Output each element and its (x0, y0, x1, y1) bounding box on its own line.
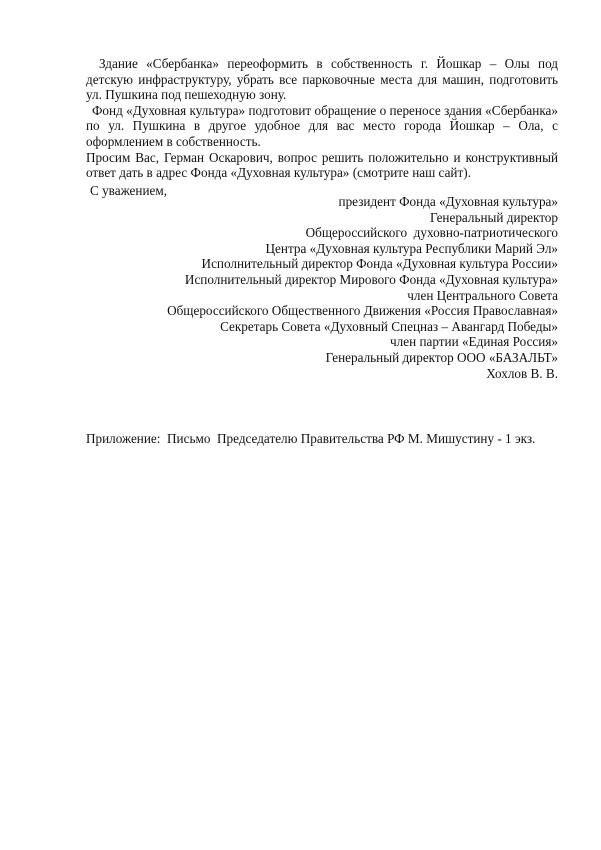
signature-line: Исполнительный директор Фонда «Духовная … (138, 256, 558, 272)
signature-line: Исполнительный директор Мирового Фонда «… (138, 272, 558, 288)
signature-line: член Центрального Совета (138, 288, 558, 304)
signature-line: Генеральный директор (138, 210, 558, 226)
signature-line: Генеральный директор ООО «БАЗАЛЬТ» (138, 350, 558, 366)
signature-line: Общероссийского духовно-патриотического (138, 225, 558, 241)
signature-line: Общероссийского Общественного Движения «… (138, 303, 558, 319)
document-page: Здание «Сбербанка» переоформить в собств… (0, 0, 601, 850)
signature-line: Центра «Духовная культура Республики Мар… (138, 241, 558, 257)
signatory-name: Хохлов В. В. (138, 366, 558, 382)
signature-block: президент Фонда «Духовная культура» Гене… (138, 194, 558, 381)
paragraph-fund-appeal: Фонд «Духовная культура» подготовит обра… (86, 103, 558, 150)
paragraph-sberbank-building: Здание «Сбербанка» переоформить в собств… (86, 56, 558, 103)
attachment-note: Приложение: Письмо Председателю Правител… (86, 431, 535, 447)
signature-line: президент Фонда «Духовная культура» (138, 194, 558, 210)
letter-body: Здание «Сбербанка» переоформить в собств… (86, 56, 558, 181)
paragraph-request: Просим Вас, Герман Оскарович, вопрос реш… (86, 150, 558, 181)
signature-line: Секретарь Совета «Духовный Спецназ – Ава… (138, 319, 558, 335)
signature-line: член партии «Единая Россия» (138, 334, 558, 350)
